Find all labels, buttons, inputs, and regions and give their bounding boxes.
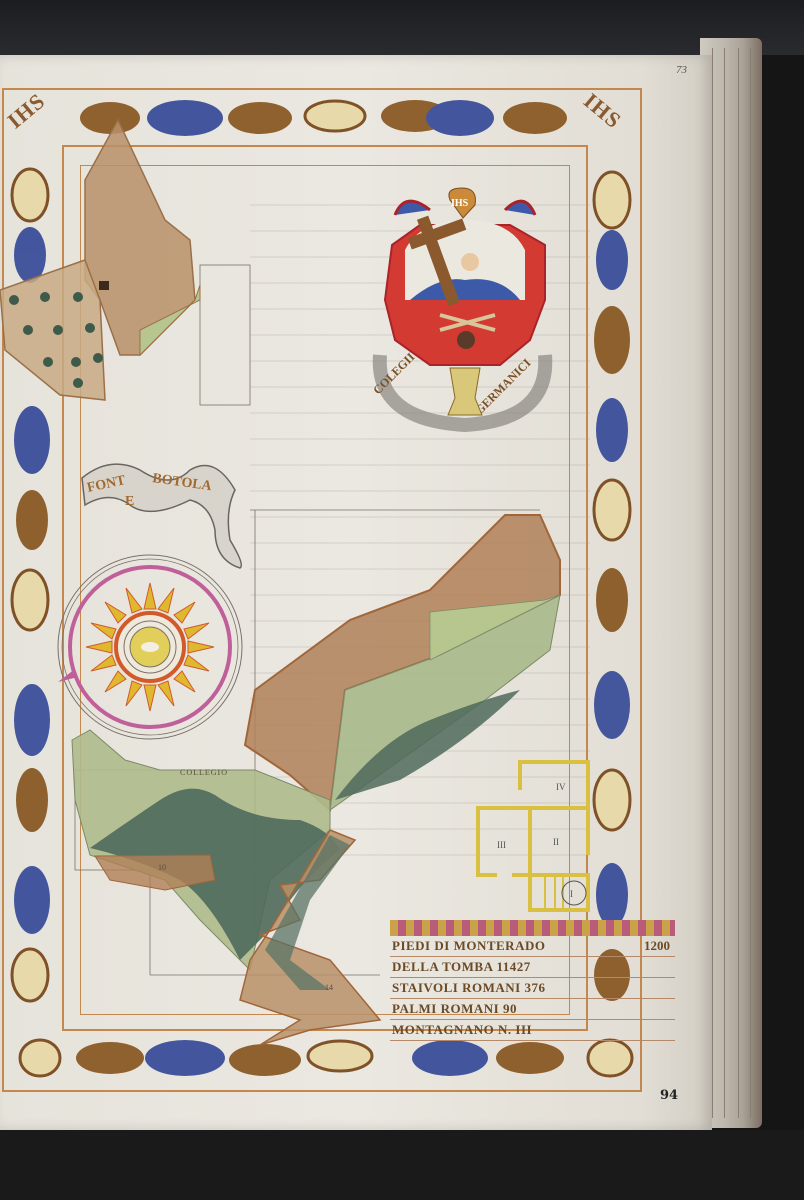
collegio-label: COLLEGIO bbox=[180, 768, 228, 777]
coat-of-arms: COLEGII GERMANICI IHS bbox=[370, 188, 545, 425]
scale-legend-table: PIEDI DI MONTERADO DELLA TOMBA 11427 STA… bbox=[390, 920, 675, 1041]
scale-bar bbox=[390, 920, 675, 936]
building-icon bbox=[99, 281, 109, 290]
banner-text-e: E bbox=[125, 494, 134, 509]
plot-central bbox=[245, 515, 560, 810]
room-label-iv: IV bbox=[556, 782, 566, 792]
scale-row: PIEDI DI MONTERADO bbox=[390, 936, 675, 957]
scale-row: PALMI ROMANI 90 bbox=[390, 999, 675, 1020]
building-plan bbox=[478, 762, 588, 910]
scale-row: STAIVOLI ROMANI 376 bbox=[390, 978, 675, 999]
svg-text:IHS: IHS bbox=[451, 198, 469, 209]
plot-label-10: 10 bbox=[158, 863, 166, 872]
room-label-ii: II bbox=[553, 837, 559, 847]
compass-rose bbox=[58, 555, 242, 739]
scale-row: MONTAGNANO N. III bbox=[390, 1020, 675, 1041]
room-label-i: I bbox=[570, 889, 573, 899]
fonte-botola-banner: FONT E BOTOLA bbox=[82, 464, 241, 568]
plot-label-14: 14 bbox=[325, 983, 333, 992]
scale-row: DELLA TOMBA 11427 bbox=[390, 957, 675, 978]
scale-value: 1200 bbox=[644, 938, 670, 954]
room-label-iii: III bbox=[497, 840, 506, 850]
